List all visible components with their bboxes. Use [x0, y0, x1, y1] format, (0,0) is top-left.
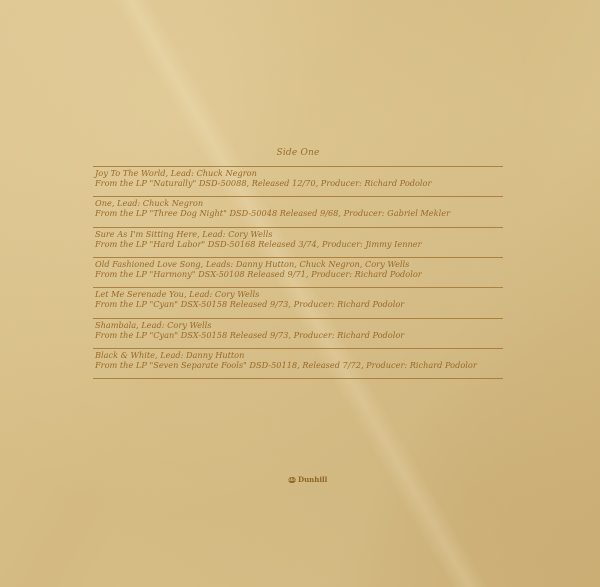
track-title-lead: Old Fashioned Love Song, Leads: Danny Hu…	[95, 259, 501, 269]
track-album-info: From the LP "Cyan" DSX-50158 Released 9/…	[95, 330, 501, 340]
track-album-info: From the LP "Harmony" DSX-50108 Released…	[95, 269, 501, 279]
track-entry: One, Lead: Chuck Negron From the LP "Thr…	[95, 198, 501, 218]
label-name: Dunhill	[298, 475, 327, 484]
track-title-lead: Sure As I'm Sitting Here, Lead: Cory Wel…	[95, 229, 501, 239]
divider	[93, 378, 503, 379]
divider	[93, 257, 503, 258]
track-entry: Old Fashioned Love Song, Leads: Danny Hu…	[95, 259, 501, 279]
track-title-lead: Black & White, Lead: Danny Hutton	[95, 350, 501, 360]
track-entry: Shambala, Lead: Cory Wells From the LP "…	[95, 320, 501, 340]
track-album-info: From the LP "Naturally" DSD-50088, Relea…	[95, 178, 501, 188]
track-entry: Black & White, Lead: Danny Hutton From t…	[95, 350, 501, 370]
track-entry: Let Me Serenade You, Lead: Cory Wells Fr…	[95, 289, 501, 309]
divider	[93, 196, 503, 197]
divider	[93, 227, 503, 228]
track-title-lead: Joy To The World, Lead: Chuck Negron	[95, 168, 501, 178]
abc-dunhill-logo: abc Dunhill	[288, 475, 327, 484]
track-title-lead: One, Lead: Chuck Negron	[95, 198, 501, 208]
track-title-lead: Let Me Serenade You, Lead: Cory Wells	[95, 289, 501, 299]
track-album-info: From the LP "Three Dog Night" DSD-50048 …	[95, 208, 501, 218]
track-album-info: From the LP "Seven Separate Fools" DSD-5…	[95, 360, 501, 370]
divider	[93, 318, 503, 319]
divider	[93, 287, 503, 288]
track-album-info: From the LP "Cyan" DSX-50158 Released 9/…	[95, 299, 501, 309]
abc-circle-icon: abc	[288, 477, 296, 483]
divider	[93, 166, 503, 167]
track-album-info: From the LP "Hard Labor" DSD-50168 Relea…	[95, 239, 501, 249]
side-title: Side One	[93, 148, 503, 158]
track-entry: Sure As I'm Sitting Here, Lead: Cory Wel…	[95, 229, 501, 249]
track-entry: Joy To The World, Lead: Chuck Negron Fro…	[95, 168, 501, 188]
track-title-lead: Shambala, Lead: Cory Wells	[95, 320, 501, 330]
divider	[93, 348, 503, 349]
